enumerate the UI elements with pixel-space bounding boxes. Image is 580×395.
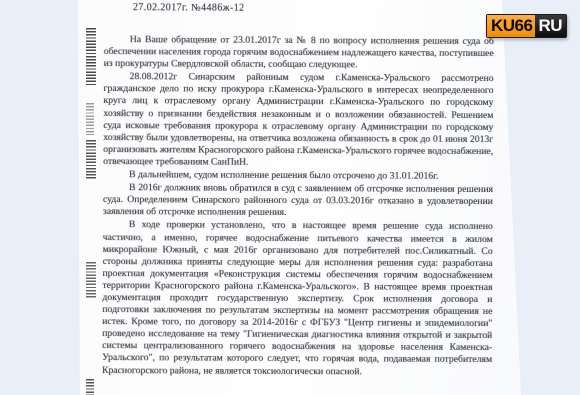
letter-paragraph: 28.08.2012г Синарским районным судом г.К… [103, 71, 494, 170]
letter-body: На Ваше обращение от 23.01.2017г за № 8 … [102, 34, 494, 379]
scanned-letter-screenshot: { "page": { "background_color": "#e9eff8… [0, 0, 580, 395]
binding-marks-artifact [86, 28, 96, 86]
binding-marks-artifact [86, 379, 94, 395]
binding-marks-artifact [86, 140, 96, 180]
logo-site-name: KU66 [487, 15, 535, 37]
letter-paragraph: В 2016г должник вновь обратился в суд с … [103, 182, 493, 220]
binding-marks-artifact [86, 262, 96, 298]
binding-marks-artifact [86, 103, 94, 135]
letter-paragraph: На Ваше обращение от 23.01.2017г за № 8 … [104, 34, 494, 72]
letter-paragraph: В ходе проверки установлено, что в насто… [102, 219, 493, 378]
ku66-watermark-logo: KU66 RU [486, 14, 567, 38]
letter-date-number: 27.02.2017г. №4486ж-12 [133, 2, 494, 15]
logo-domain-suffix: RU [535, 15, 566, 37]
letter-content: 27.02.2017г. №4486ж-12 На Ваше обращение… [102, 1, 494, 379]
letter-paragraph: В дальнейшем, судом исполнение решения б… [103, 169, 493, 183]
